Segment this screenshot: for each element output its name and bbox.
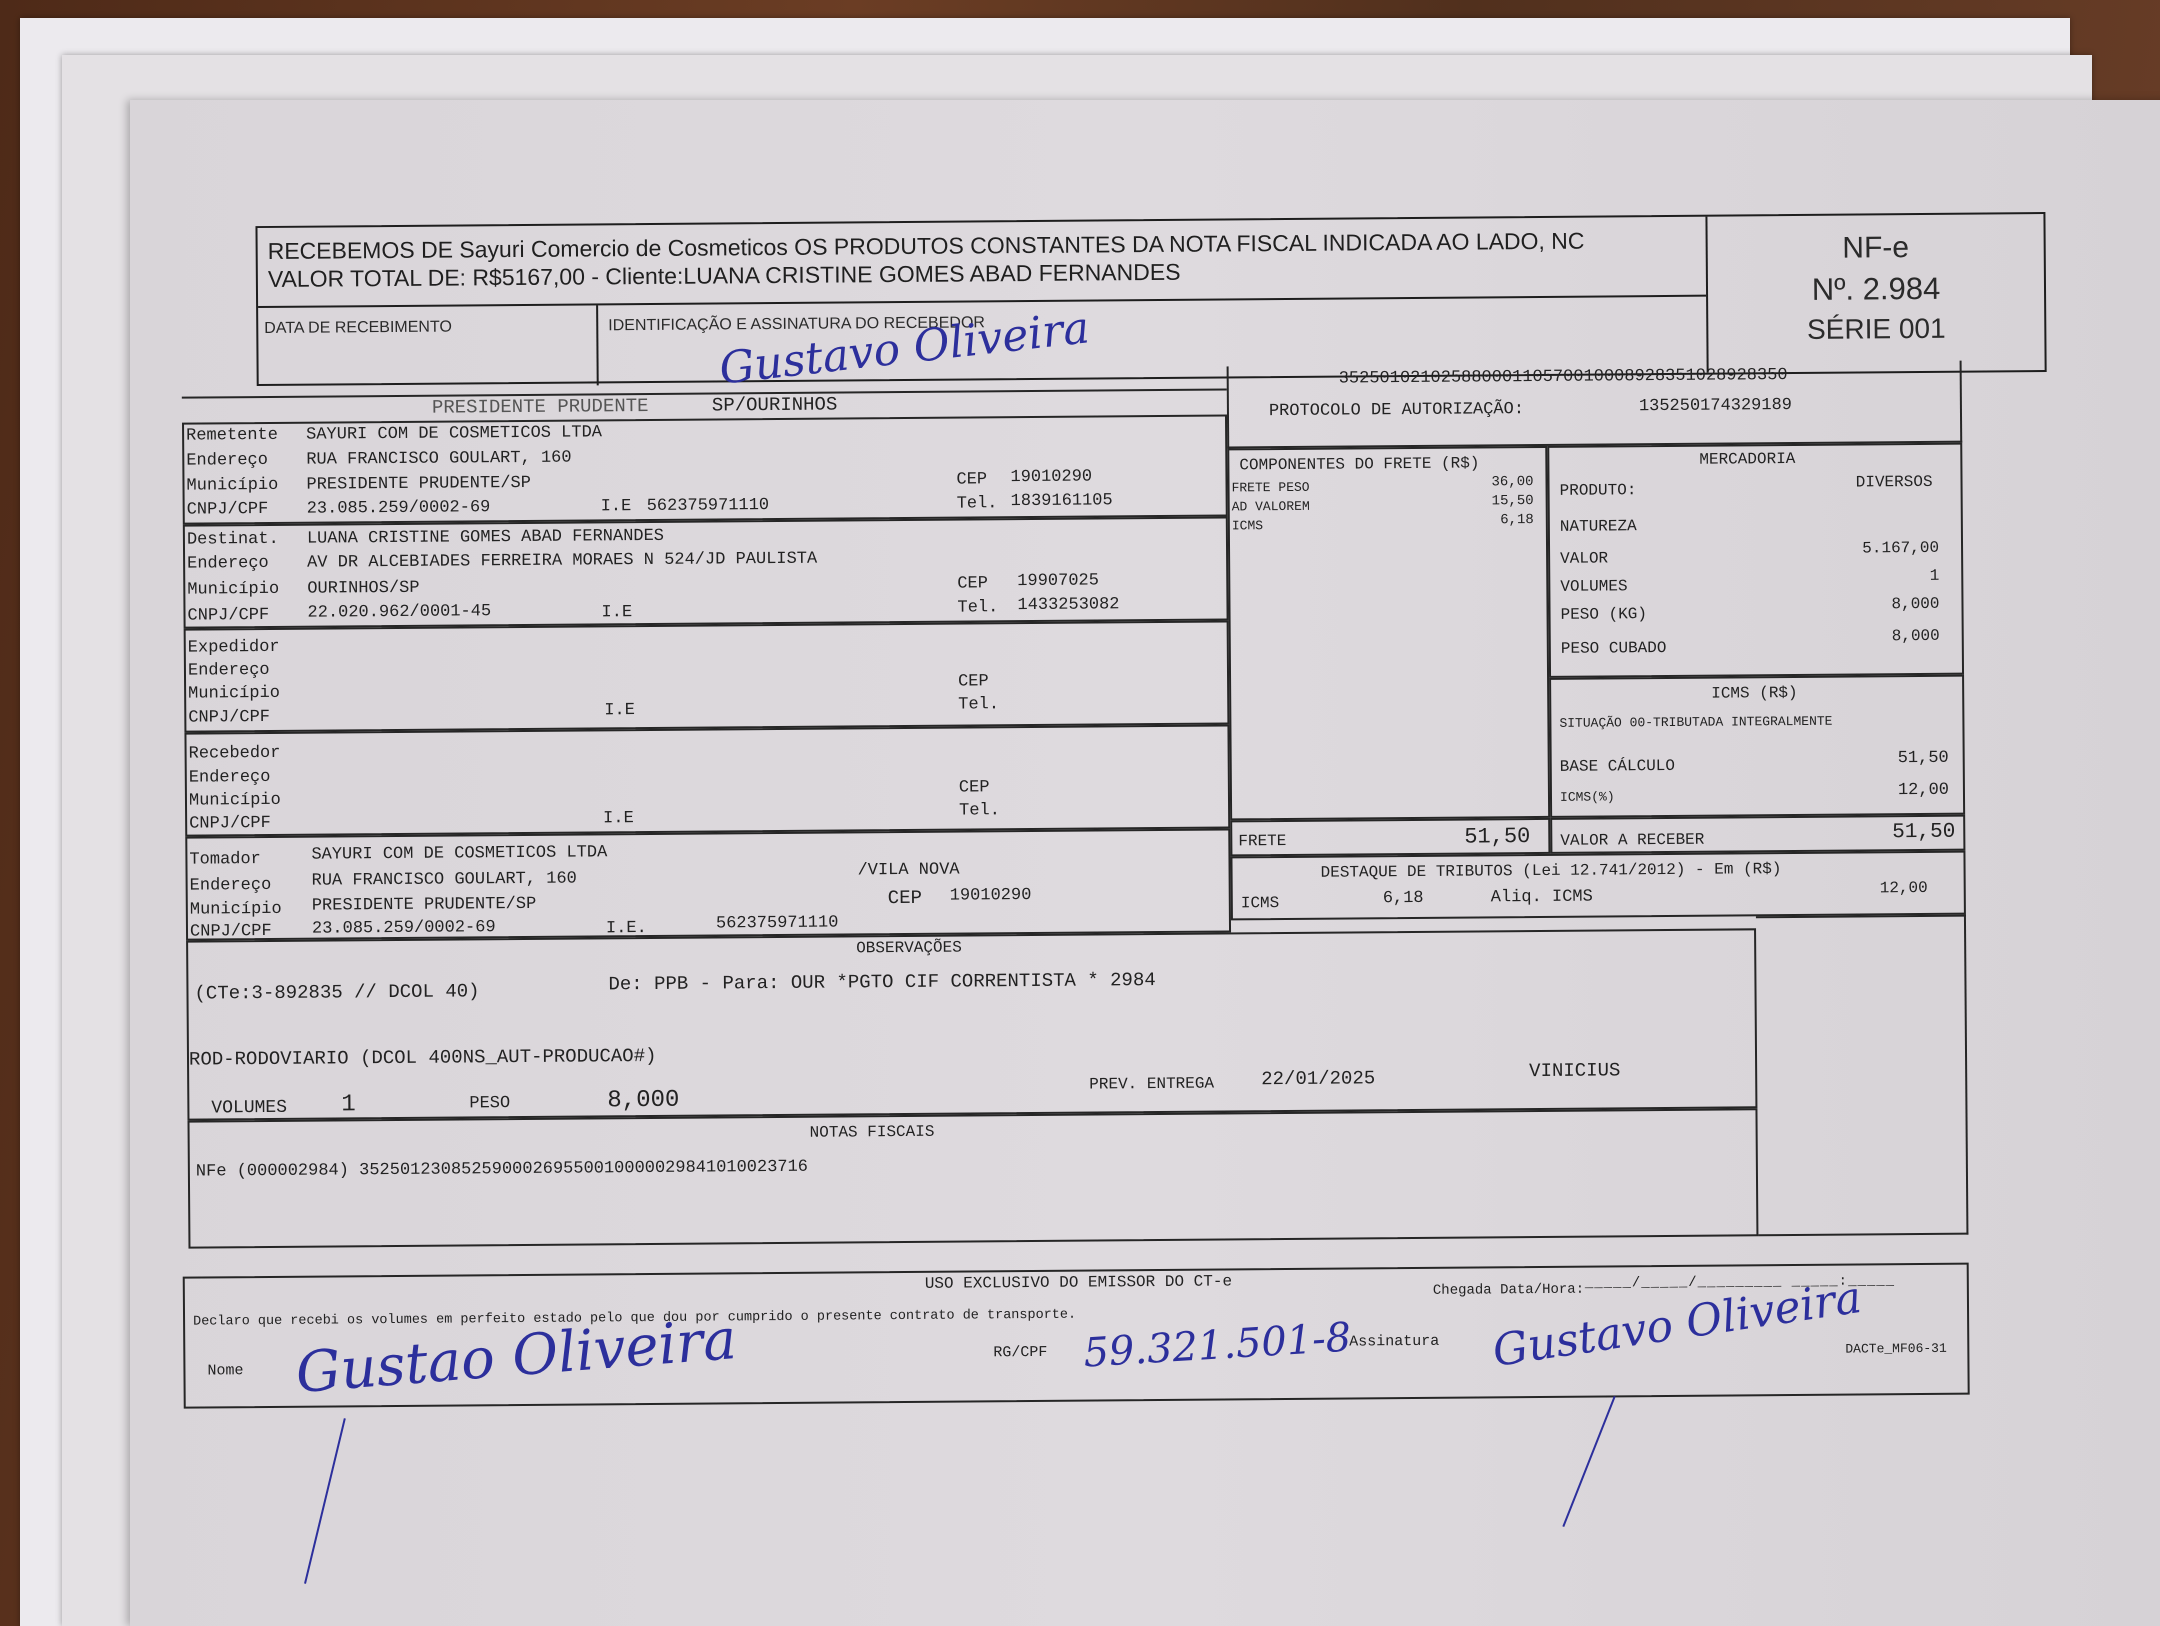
expedidor-ie-label: I.E (604, 701, 635, 720)
remetente-endereco-label: Endereço (186, 451, 268, 471)
produto-label: PRODUTO: (1560, 481, 1637, 500)
recebedor-section: Recebedor Endereço Município CEP CNPJ/CP… (184, 724, 1230, 836)
destinatario-name: LUANA CRISTINE GOMES ABAD FERNANDES (307, 527, 664, 549)
tomador-ie-label: I.E. (606, 919, 647, 938)
stub-received-text: RECEBEMOS DE Sayuri Comercio de Cosmetic… (268, 228, 1585, 265)
destinatario-endereco-label: Endereço (187, 554, 269, 574)
peso-cubado-label: PESO CUBADO (1561, 639, 1667, 658)
base-calculo-value: 51,50 (1898, 749, 1949, 768)
tomador-bairro: /VILA NOVA (857, 861, 959, 881)
tomador-municipio: PRESIDENTE PRUDENTE/SP (312, 895, 537, 916)
destinatario-endereco: AV DR ALCEBIADES FERREIRA MORAES N 524/J… (307, 550, 817, 573)
tributos-box: DESTAQUE DE TRIBUTOS (Lei 12.741/2012) -… (1230, 851, 1965, 921)
remetente-cep-label: CEP (956, 470, 987, 489)
prev-entrega-date: 22/01/2025 (1261, 1067, 1375, 1090)
destinatario-tel-label: Tel. (957, 598, 998, 617)
stub-nfe-number: Nº. 2.984 (1708, 270, 2044, 309)
peso-cubado-value: 8,000 (1892, 627, 1940, 645)
frete-component-value: 6,18 (1500, 512, 1534, 528)
tomador-cep-label: CEP (888, 887, 922, 909)
route-destination: SP/OURINHOS (712, 394, 838, 417)
rg-cpf-value: 59.321.501-8 (1082, 1315, 1352, 1377)
expedidor-label: Expedidor (188, 638, 280, 658)
frete-component-label: ICMS (1232, 518, 1263, 533)
remetente-label: Remetente (186, 426, 278, 446)
expedidor-cnpj-label: CNPJ/CPF (188, 708, 270, 728)
dacte-form: PRESIDENTE PRUDENTE SP/OURINHOS 35250102… (182, 383, 1970, 1427)
remetente-tel-label: Tel. (957, 494, 998, 513)
destinatario-cnpj: 22.020.962/0001-45 (307, 602, 491, 622)
obs-peso-label: PESO (469, 1094, 510, 1113)
expedidor-cep-label: CEP (958, 672, 989, 691)
expedidor-tel-label: Tel. (958, 695, 999, 714)
produto-value: DIVERSOS (1856, 473, 1933, 492)
frete-components-list: FRETE PESO36,00AD VALOREM15,50ICMS6,18 (1229, 448, 1545, 450)
observacoes-modal: ROD-RODOVIARIO (DCOL 400NS_AUT-PRODUCAO#… (189, 1045, 657, 1071)
frete-component-label: FRETE PESO (1231, 480, 1309, 496)
recebedor-tel-label: Tel. (959, 801, 1000, 820)
nota-fiscal-item: NFe (000002984) 352501230852590002695500… (196, 1158, 808, 1182)
frete-total-value: 51,50 (1464, 824, 1530, 850)
stub-nfe-label: NF-e (1708, 230, 2044, 267)
stub-receipt-text-area: RECEBEMOS DE Sayuri Comercio de Cosmetic… (257, 217, 1708, 384)
valor-value: 5.167,00 (1862, 539, 1939, 558)
remetente-municipio-label: Município (186, 476, 278, 496)
responsavel-name: VINICIUS (1529, 1059, 1620, 1082)
destinatario-cep: 19907025 (1017, 571, 1099, 591)
destinatario-municipio: OURINHOS/SP (307, 579, 419, 599)
nome-label: Nome (207, 1362, 243, 1379)
tomador-name: SAYURI COM DE COSMETICOS LTDA (311, 843, 607, 864)
tributos-title: DESTAQUE DE TRIBUTOS (Lei 12.741/2012) -… (1321, 860, 1782, 882)
observacoes-cte: (CTe:3-892835 // DCOL 40) (194, 980, 479, 1004)
notas-fiscais-title: NOTAS FISCAIS (810, 1123, 935, 1142)
frete-components-box: COMPONENTES DO FRETE (R$) FRETE PESO36,0… (1227, 446, 1550, 821)
expedidor-endereco-label: Endereço (188, 661, 270, 681)
remetente-name: SAYURI COM DE COSMETICOS LTDA (306, 423, 602, 444)
frete-component-value: 15,50 (1492, 493, 1534, 509)
remetente-section: Remetente SAYURI COM DE COSMETICOS LTDA … (182, 414, 1228, 524)
stub-nfe-box: NF-e Nº. 2.984 SÉRIE 001 (1707, 214, 2044, 373)
valor-receber-value: 51,50 (1892, 821, 1955, 844)
icms-rate-label: ICMS(%) (1560, 789, 1615, 804)
mercadoria-title: MERCADORIA (1699, 450, 1795, 469)
frete-total-label: FRETE (1238, 832, 1286, 850)
valor-receber-label: VALOR A RECEBER (1560, 831, 1704, 850)
protocol-label: PROTOCOLO DE AUTORIZAÇÃO: (1269, 400, 1524, 421)
prev-entrega-label: PREV. ENTREGA (1089, 1075, 1214, 1094)
signature-stroke (304, 1418, 346, 1584)
volumes-value: 1 (1930, 567, 1940, 585)
destinatario-municipio-label: Município (187, 580, 279, 600)
tomador-ie: 562375971110 (716, 914, 839, 934)
form-code: DACTe_MF06-31 (1845, 1341, 1947, 1357)
natureza-label: NATUREZA (1560, 517, 1637, 536)
observacoes-route: De: PPB - Para: OUR *PGTO CIF CORRENTIST… (608, 969, 1155, 995)
recebedor-municipio-label: Município (189, 791, 281, 811)
base-calculo-label: BASE CÁLCULO (1560, 757, 1675, 776)
volumes-label: VOLUMES (1560, 577, 1627, 596)
valor-label: VALOR (1560, 549, 1608, 567)
frete-component-label: AD VALOREM (1232, 499, 1310, 515)
tomador-municipio-label: Município (190, 900, 282, 920)
chegada-field[interactable]: _____/_____/_________ _____:_____ (1585, 1273, 1895, 1291)
assinatura-label: Assinatura (1349, 1333, 1439, 1351)
obs-volumes-label: VOLUMES (211, 1098, 287, 1119)
tomador-cnpj-label: CNPJ/CPF (190, 922, 272, 942)
tomador-label: Tomador (189, 850, 261, 870)
footer-title: USO EXCLUSIVO DO EMISSOR DO CT-e (925, 1272, 1232, 1292)
tomador-cep: 19010290 (950, 886, 1032, 906)
frete-total-box: FRETE 51,50 (1230, 818, 1550, 857)
observacoes-title: OBSERVAÇÕES (856, 939, 962, 958)
tributos-aliq-value: 12,00 (1880, 879, 1928, 897)
peso-value: 8,000 (1891, 595, 1939, 613)
recebedor-endereco-label: Endereço (189, 768, 271, 788)
remetente-tel: 1839161105 (1011, 491, 1113, 511)
mercadoria-box: MERCADORIA PRODUTO: DIVERSOS NATUREZA VA… (1547, 443, 1964, 678)
dacte-sheet: RECEBEMOS DE Sayuri Comercio de Cosmetic… (130, 100, 2160, 1626)
remetente-cnpj: 23.085.259/0002-69 (307, 498, 491, 518)
expedidor-municipio-label: Município (188, 684, 280, 704)
tomador-section: Tomador SAYURI COM DE COSMETICOS LTDA En… (185, 828, 1231, 940)
destinatario-label: Destinat. (187, 530, 279, 550)
obs-volumes-value: 1 (341, 1091, 356, 1118)
chegada-label[interactable]: Chegada Data/Hora: (1433, 1282, 1584, 1299)
footer-box: USO EXCLUSIVO DO EMISSOR DO CT-e Declaro… (183, 1263, 1970, 1409)
stub-identification-label: IDENTIFICAÇÃO E ASSINATURA DO RECEBEDOR (608, 314, 985, 335)
access-key: 3525010210258800011057001000892835102892… (1339, 366, 1788, 389)
remetente-cnpj-label: CNPJ/CPF (187, 500, 269, 520)
notas-fiscais-box: NOTAS FISCAIS NFe (000002984) 3525012308… (187, 1108, 1758, 1248)
destinatario-cnpj-label: CNPJ/CPF (187, 606, 269, 626)
destinatario-ie-label: I.E (601, 603, 632, 622)
tomador-endereco: RUA FRANCISCO GOULART, 160 (312, 870, 577, 891)
rg-cpf-label: RG/CPF (993, 1344, 1047, 1361)
stub-total-value-text: VALOR TOTAL DE: R$5167,00 - Cliente:LUAN… (268, 259, 1181, 293)
destinatario-section: Destinat. LUANA CRISTINE GOMES ABAD FERN… (183, 516, 1229, 628)
remetente-endereco: RUA FRANCISCO GOULART, 160 (306, 449, 571, 470)
frete-components-title: COMPONENTES DO FRETE (R$) (1239, 454, 1479, 474)
recebedor-cnpj-label: CNPJ/CPF (189, 814, 271, 834)
icms-box: ICMS (R$) SITUAÇÃO 00-TRIBUTADA INTEGRAL… (1549, 675, 1965, 818)
recebedor-label: Recebedor (189, 744, 281, 764)
remetente-municipio: PRESIDENTE PRUDENTE/SP (306, 474, 531, 495)
expedidor-section: Expedidor Endereço Município CEP CNPJ/CP… (184, 620, 1230, 732)
icms-title: ICMS (R$) (1711, 684, 1798, 703)
destinatario-tel: 1433253082 (1017, 595, 1119, 615)
tributos-icms-value: 6,18 (1383, 889, 1424, 908)
frete-component-value: 36,00 (1491, 474, 1533, 490)
empty-right-box (1756, 915, 1969, 1237)
destinatario-cep-label: CEP (957, 574, 988, 593)
remetente-ie: 562375971110 (647, 496, 770, 516)
observacoes-box: OBSERVAÇÕES (CTe:3-892835 // DCOL 40) De… (186, 928, 1757, 1120)
recebedor-ie-label: I.E (603, 809, 634, 828)
receipt-stub: RECEBEMOS DE Sayuri Comercio de Cosmetic… (255, 212, 2046, 386)
stub-nfe-serie: SÉRIE 001 (1708, 312, 2044, 347)
protocol-number: 135250174329189 (1639, 396, 1792, 416)
route-origin: PRESIDENTE PRUDENTE (432, 395, 649, 419)
remetente-ie-label: I.E (601, 497, 632, 516)
access-key-box: 3525010210258800011057001000892835102892… (1227, 361, 1963, 449)
obs-peso-value: 8,000 (607, 1087, 679, 1115)
peso-label: PESO (KG) (1560, 605, 1647, 624)
tributos-icms-label: ICMS (1241, 894, 1280, 912)
valor-receber-box: VALOR A RECEBER 51,50 (1550, 815, 1965, 854)
icms-rate-value: 12,00 (1898, 781, 1949, 800)
dacte-document: RECEBEMOS DE Sayuri Comercio de Cosmetic… (125, 91, 2160, 1626)
tomador-cnpj: 23.085.259/0002-69 (312, 918, 496, 938)
icms-situacao: SITUAÇÃO 00-TRIBUTADA INTEGRALMENTE (1559, 714, 1832, 731)
tomador-endereco-label: Endereço (190, 876, 272, 896)
footer-declaracao: Declaro que recebi os volumes em perfeit… (193, 1308, 1076, 1330)
tributos-aliq-label: Aliq. ICMS (1491, 888, 1593, 908)
stub-date-field[interactable]: DATA DE RECEBIMENTO (258, 305, 599, 388)
remetente-cep: 19010290 (1010, 468, 1092, 488)
recebedor-cep-label: CEP (959, 778, 990, 797)
